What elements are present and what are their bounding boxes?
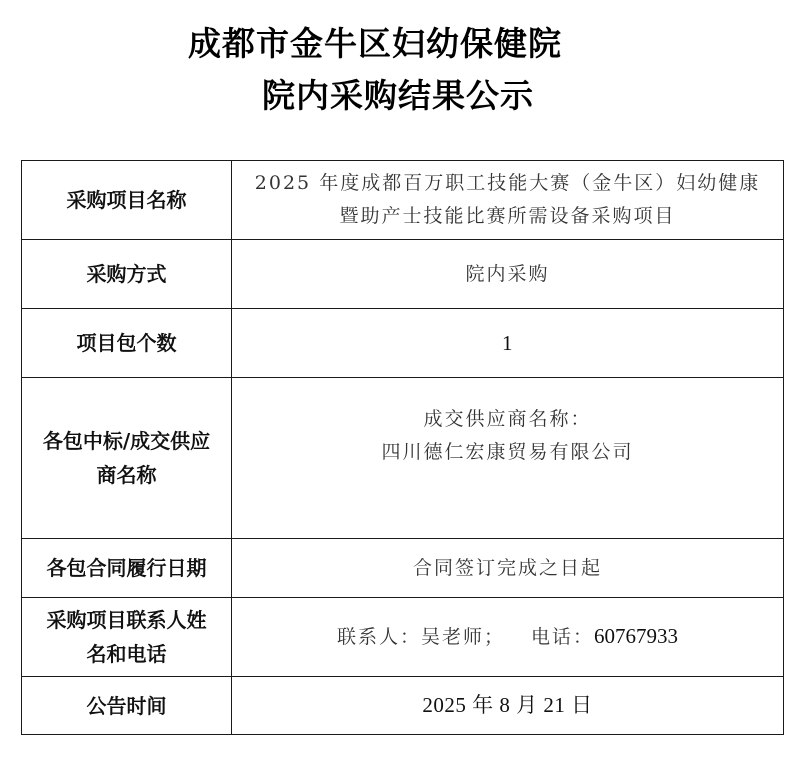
table-row-project-name: 采购项目名称 2025 年度成都百万职工技能大赛（金牛区）妇幼健康 暨助产士技能… <box>22 161 784 240</box>
procurement-result-table: 采购项目名称 2025 年度成都百万职工技能大赛（金牛区）妇幼健康 暨助产士技能… <box>21 160 784 735</box>
value-announcement-date: 2025 年 8 月 21 日 <box>232 677 784 735</box>
label-supplier-line-2: 商名称 <box>22 458 231 492</box>
contact-phone-label: 电话： <box>531 626 594 648</box>
title-line-organization: 成都市金牛区妇幼保健院 <box>188 24 562 64</box>
label-package-count: 项目包个数 <box>22 309 232 378</box>
value-contact: 联系人：吴老师；电话：60767933 <box>232 598 784 677</box>
label-contact: 采购项目联系人姓 名和电话 <box>22 598 232 677</box>
value-procurement-method: 院内采购 <box>232 240 784 309</box>
label-supplier: 各包中标/成交供应 商名称 <box>22 378 232 539</box>
value-package-count: 1 <box>232 309 784 378</box>
label-contract-period: 各包合同履行日期 <box>22 539 232 598</box>
label-supplier-line-1: 各包中标/成交供应 <box>22 424 231 458</box>
table-row-package-count: 项目包个数 1 <box>22 309 784 378</box>
table-row-contact: 采购项目联系人姓 名和电话 联系人：吴老师；电话：60767933 <box>22 598 784 677</box>
value-contract-period: 合同签订完成之日起 <box>232 539 784 598</box>
contact-person-label: 联系人： <box>337 626 421 648</box>
supplier-heading: 成交供应商名称： <box>232 403 783 436</box>
supplier-name: 四川德仁宏康贸易有限公司 <box>232 436 783 469</box>
table-row-announcement-date: 公告时间 2025 年 8 月 21 日 <box>22 677 784 735</box>
table-row-supplier: 各包中标/成交供应 商名称 成交供应商名称： 四川德仁宏康贸易有限公司 <box>22 378 784 539</box>
project-name-line-1: 2025 年度成都百万职工技能大赛（金牛区）妇幼健康 <box>232 167 783 200</box>
table-row-procurement-method: 采购方式 院内采购 <box>22 240 784 309</box>
label-procurement-method: 采购方式 <box>22 240 232 309</box>
value-project-name: 2025 年度成都百万职工技能大赛（金牛区）妇幼健康 暨助产士技能比赛所需设备采… <box>232 161 784 240</box>
title-line-notice: 院内采购结果公示 <box>262 76 534 116</box>
label-contact-line-1: 采购项目联系人姓 <box>22 603 231 637</box>
project-name-line-2: 暨助产士技能比赛所需设备采购项目 <box>232 200 783 233</box>
value-supplier: 成交供应商名称： 四川德仁宏康贸易有限公司 <box>232 378 784 539</box>
label-announcement-date: 公告时间 <box>22 677 232 735</box>
contact-person: 吴老师； <box>421 626 505 648</box>
label-project-name: 采购项目名称 <box>22 161 232 240</box>
label-contact-line-2: 名和电话 <box>22 637 231 671</box>
table-row-contract-period: 各包合同履行日期 合同签订完成之日起 <box>22 539 784 598</box>
contact-phone: 60767933 <box>594 624 678 648</box>
